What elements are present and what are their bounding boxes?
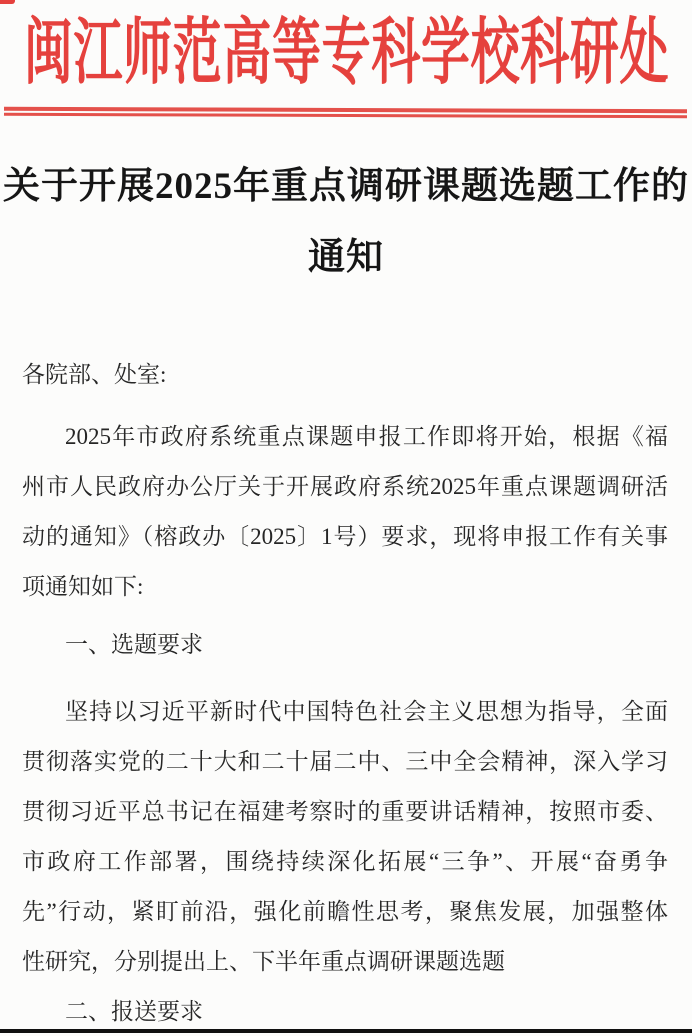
body-line: 性研究，分别提出上、下半年重点调研课题选题 — [22, 937, 668, 987]
letterhead-masthead: 闽江师范高等专科学校科研处 — [0, 6, 692, 100]
body-line: 项通知如下: — [22, 562, 668, 612]
body-line: 先”行动，紧盯前沿，强化前瞻性思考，聚焦发展，加强整体 — [22, 887, 668, 937]
body-line: 贯彻习近平总书记在福建考察时的重要讲话精神，按照市委、 — [22, 787, 668, 837]
body-line: 动的通知》（榕政办〔2025〕1号）要求，现将申报工作有关事 — [22, 512, 668, 562]
body-line: 一、选题要求 — [22, 620, 668, 670]
body-line: 2025年市政府系统重点课题申报工作即将开始，根据《福 — [22, 412, 668, 462]
scanned-notice-page: 闽江师范高等专科学校科研处 关于开展2025年重点调研课题选题工作的 通知 各院… — [0, 0, 692, 1036]
body-line: 各院部、处室: — [22, 350, 668, 400]
document-body: 各院部、处室:2025年市政府系统重点课题申报工作即将开始，根据《福州市人民政府… — [22, 350, 668, 1036]
body-line: 市政府工作部署，围绕持续深化拓展“三争”、开展“奋勇争 — [22, 837, 668, 887]
body-line: 州市人民政府办公厅关于开展政府系统2025年重点课题调研活 — [22, 462, 668, 512]
notice-title-line-1: 关于开展2025年重点调研课题选题工作的 — [0, 151, 692, 222]
body-line: 坚持以习近平新时代中国特色社会主义思想为指导，全面 — [22, 687, 668, 737]
top-edge-red-fragment — [0, 0, 15, 4]
letterhead-double-rule — [4, 107, 687, 118]
page-bottom-divider — [0, 1029, 692, 1033]
body-line: 贯彻落实党的二十大和二十届二中、三中全会精神，深入学习 — [22, 737, 668, 787]
notice-title-line-2: 通知 — [0, 222, 692, 293]
letterhead-title: 闽江师范高等专科学校科研处 — [23, 6, 668, 100]
notice-title: 关于开展2025年重点调研课题选题工作的 通知 — [0, 151, 692, 293]
